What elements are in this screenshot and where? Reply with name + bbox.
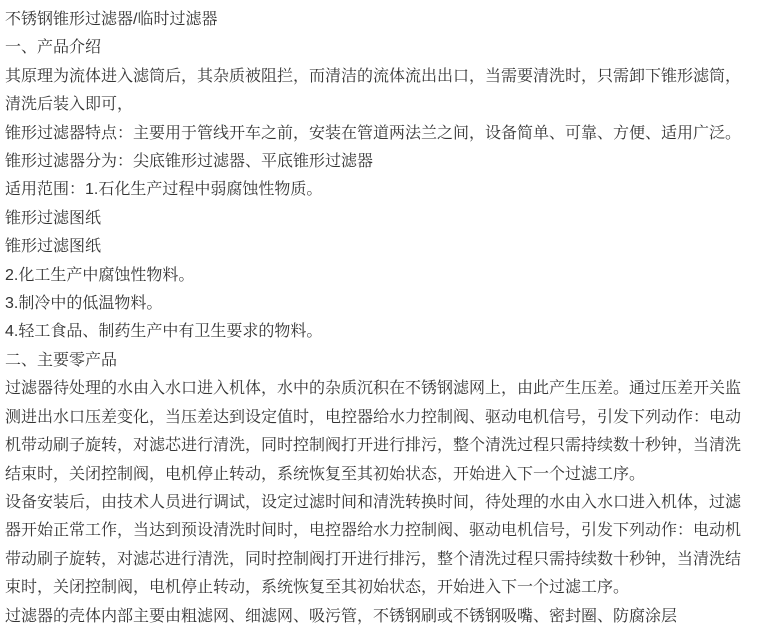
text-line: 3.制冷中的低温物料。	[5, 290, 758, 318]
text-line-drawing-caption: 锥形过滤图纸	[5, 233, 758, 261]
section-heading-product-intro: 一、产品介绍	[5, 34, 758, 62]
text-line: 束时，关闭控制阀，电机停止转动，系统恢复至其初始状态，开始进入下一个过滤工序。	[5, 574, 758, 602]
text-line: 测进出水口压差变化，当压差达到设定值时，电控器给水力控制阀、驱动电机信号，引发下…	[5, 404, 758, 432]
text-line: 4.轻工食品、制药生产中有卫生要求的物料。	[5, 318, 758, 346]
text-line: 过滤器的壳体内部主要由粗滤网、细滤网、吸污管，不锈钢刷或不锈钢吸嘴、密封圈、防腐…	[5, 603, 758, 629]
text-line: 过滤器待处理的水由入水口进入机体，水中的杂质沉积在不锈钢滤网上，由此产生压差。通…	[5, 375, 758, 403]
text-line-drawing-caption: 锥形过滤图纸	[5, 205, 758, 233]
page-title: 不锈钢锥形过滤器/临时过滤器	[5, 6, 758, 34]
text-line: 设备安装后，由技术人员进行调试，设定过滤时间和清洗转换时间，待处理的水由入水口进…	[5, 489, 758, 517]
text-line: 适用范围：1.石化生产过程中弱腐蚀性物质。	[5, 176, 758, 204]
text-line: 机带动刷子旋转，对滤芯进行清洗，同时控制阀打开进行排污，整个清洗过程只需持续数十…	[5, 432, 758, 460]
text-line: 器开始正常工作，当达到预设清洗时间时，电控器给水力控制阀、驱动电机信号，引发下列…	[5, 517, 758, 545]
text-line: 清洗后装入即可，	[5, 91, 758, 119]
text-line: 锥形过滤器特点：主要用于管线开车之前，安装在管道两法兰之间，设备简单、可靠、方便…	[5, 120, 758, 148]
text-line: 其原理为流体进入滤筒后，其杂质被阻拦，而清洁的流体流出出口，当需要清洗时，只需卸…	[5, 63, 758, 91]
text-line: 带动刷子旋转，对滤芯进行清洗，同时控制阀打开进行排污，整个清洗过程只需持续数十秒…	[5, 546, 758, 574]
text-line: 锥形过滤器分为：尖底锥形过滤器、平底锥形过滤器	[5, 148, 758, 176]
document-body: 不锈钢锥形过滤器/临时过滤器 一、产品介绍 其原理为流体进入滤筒后，其杂质被阻拦…	[0, 0, 762, 629]
text-line: 结束时，关闭控制阀，电机停止转动，系统恢复至其初始状态，开始进入下一个过滤工序。	[5, 461, 758, 489]
section-heading-main-parts: 二、主要零产品	[5, 347, 758, 375]
text-line: 2.化工生产中腐蚀性物料。	[5, 262, 758, 290]
